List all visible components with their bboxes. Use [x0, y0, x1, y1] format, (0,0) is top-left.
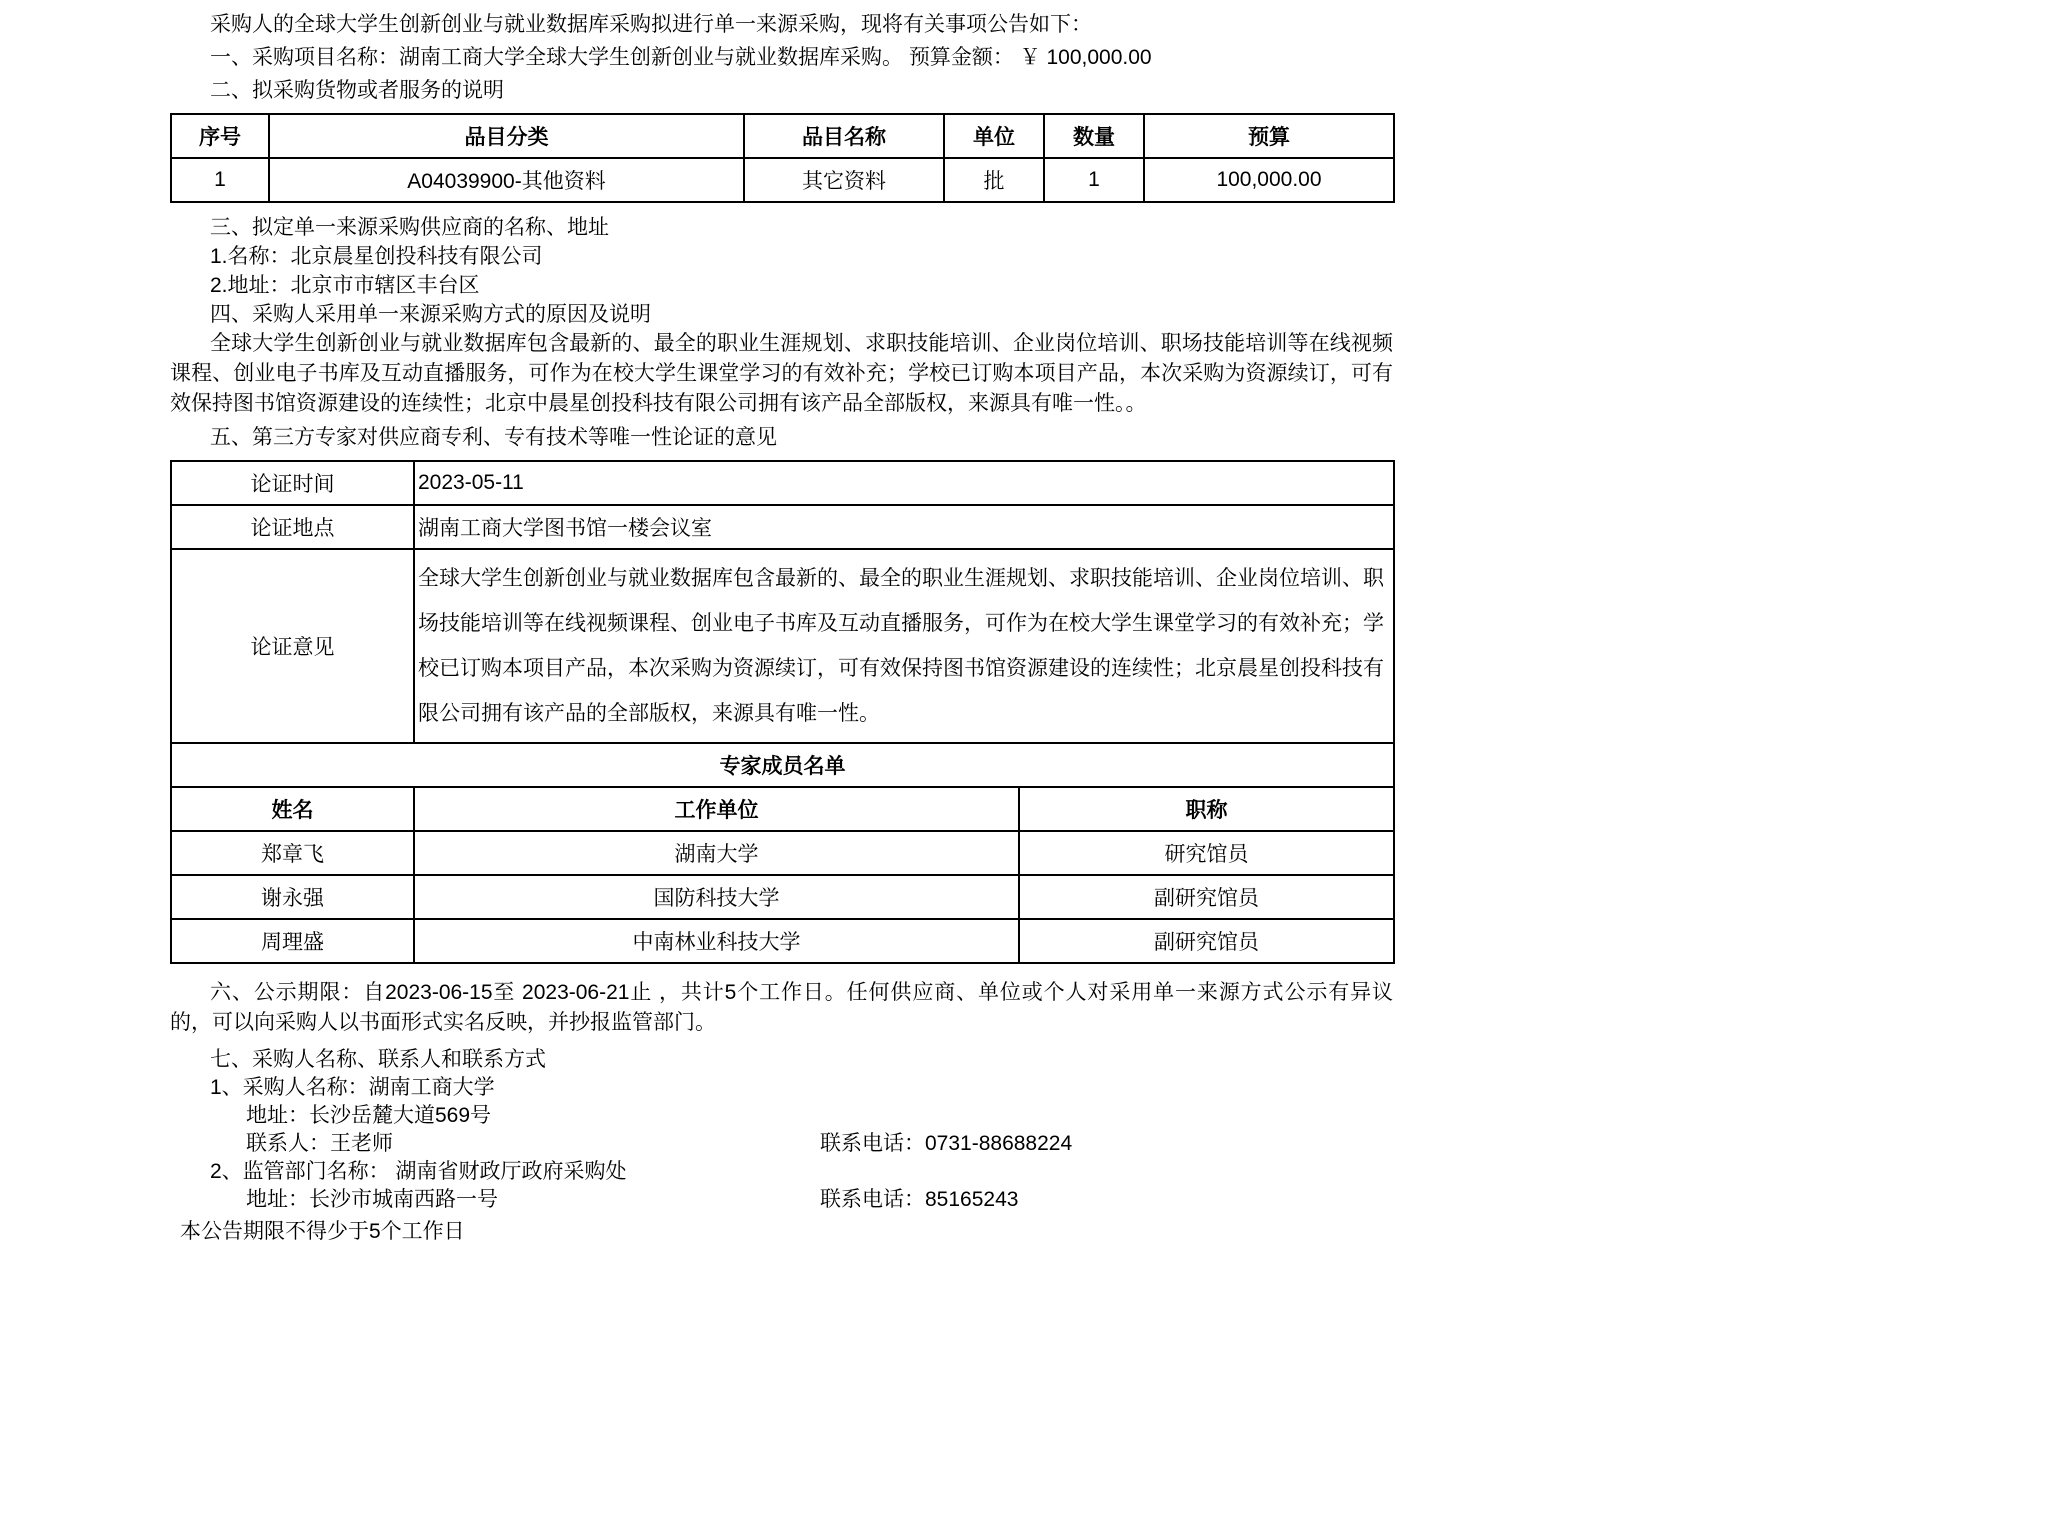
regulator-contact-row: 地址：长沙市城南西路一号 联系电话：85165243	[170, 1186, 1393, 1214]
expert-name: 谢永强	[171, 875, 414, 919]
purchaser-phone: 联系电话：0731-88688224	[820, 1130, 1072, 1158]
expert-title: 副研究馆员	[1019, 919, 1394, 963]
expert-org: 中南林业科技大学	[414, 919, 1019, 963]
intro-line: 采购人的全球大学生创新创业与就业数据库采购拟进行单一来源采购，现将有关事项公告如…	[170, 8, 1393, 41]
review-place-row: 论证地点 湖南工商大学图书馆一楼会议室	[171, 505, 1394, 549]
section-2-title: 二、拟采购货物或者服务的说明	[170, 74, 1393, 107]
regulator-name: 2、监管部门名称： 湖南省财政厅政府采购处	[170, 1158, 1393, 1186]
review-time-row: 论证时间 2023-05-11	[171, 461, 1394, 505]
experts-title: 专家成员名单	[171, 743, 1394, 787]
experts-table: 专家成员名单 姓名 工作单位 职称 郑章飞 湖南大学 研究馆员 谢永强 国防科技…	[170, 742, 1395, 964]
section-7-title: 七、采购人名称、联系人和联系方式	[170, 1046, 1393, 1074]
supplier-address: 2.地址：北京市市辖区丰台区	[170, 271, 1393, 300]
review-opinion-value: 全球大学生创新创业与就业数据库包含最新的、最全的职业生涯规划、求职技能培训、企业…	[414, 549, 1394, 743]
section-4-body: 全球大学生创新创业与就业数据库包含最新的、最全的职业生涯规划、求职技能培训、企业…	[170, 329, 1393, 419]
expert-name: 周理盛	[171, 919, 414, 963]
items-header-budget: 预算	[1144, 114, 1394, 158]
items-header-name: 品目名称	[744, 114, 944, 158]
purchaser-contact-row: 联系人：王老师 联系电话：0731-88688224	[170, 1130, 1393, 1158]
review-opinion-row: 论证意见 全球大学生创新创业与就业数据库包含最新的、最全的职业生涯规划、求职技能…	[171, 549, 1394, 743]
purchaser-name: 1、采购人名称：湖南工商大学	[170, 1074, 1393, 1102]
section-6-publicity-period: 六、公示期限：自2023-06-15至 2023-06-21止 ，共计5个工作日…	[170, 978, 1393, 1038]
items-table-header-row: 序号 品目分类 品目名称 单位 数量 预算	[171, 114, 1394, 158]
expert-title: 副研究馆员	[1019, 875, 1394, 919]
review-time-label: 论证时间	[171, 461, 414, 505]
items-header-category: 品目分类	[269, 114, 744, 158]
section-4-title: 四、采购人采用单一来源采购方式的原因及说明	[170, 300, 1393, 329]
announcement-document: 采购人的全球大学生创新创业与就业数据库采购拟进行单一来源采购，现将有关事项公告如…	[170, 0, 1393, 1246]
item-budget: 100,000.00	[1144, 158, 1394, 202]
items-header-unit: 单位	[944, 114, 1044, 158]
expert-review-table: 论证时间 2023-05-11 论证地点 湖南工商大学图书馆一楼会议室 论证意见…	[170, 460, 1395, 744]
regulator-address: 地址：长沙市城南西路一号	[246, 1186, 820, 1214]
experts-header-name: 姓名	[171, 787, 414, 831]
purchaser-contact: 联系人：王老师	[246, 1130, 820, 1158]
expert-org: 国防科技大学	[414, 875, 1019, 919]
items-header-qty: 数量	[1044, 114, 1144, 158]
experts-header-title: 职称	[1019, 787, 1394, 831]
section-1-project-name: 一、采购项目名称：湖南工商大学全球大学生创新创业与就业数据库采购。 预算金额： …	[170, 41, 1393, 74]
purchaser-address: 地址：长沙岳麓大道569号	[170, 1102, 1393, 1130]
supplier-name: 1.名称：北京晨星创投科技有限公司	[170, 242, 1393, 271]
review-place-value: 湖南工商大学图书馆一楼会议室	[414, 505, 1394, 549]
item-seq: 1	[171, 158, 269, 202]
items-header-seq: 序号	[171, 114, 269, 158]
experts-title-row: 专家成员名单	[171, 743, 1394, 787]
experts-header-org: 工作单位	[414, 787, 1019, 831]
experts-header-row: 姓名 工作单位 职称	[171, 787, 1394, 831]
review-place-label: 论证地点	[171, 505, 414, 549]
item-name: 其它资料	[744, 158, 944, 202]
expert-name: 郑章飞	[171, 831, 414, 875]
expert-row: 谢永强 国防科技大学 副研究馆员	[171, 875, 1394, 919]
items-table-row: 1 A04039900-其他资料 其它资料 批 1 100,000.00	[171, 158, 1394, 202]
expert-row: 郑章飞 湖南大学 研究馆员	[171, 831, 1394, 875]
review-opinion-label: 论证意见	[171, 549, 414, 743]
section-5-title: 五、第三方专家对供应商专利、专有技术等唯一性论证的意见	[170, 423, 1393, 452]
item-qty: 1	[1044, 158, 1144, 202]
regulator-phone: 联系电话：85165243	[820, 1186, 1018, 1214]
items-table: 序号 品目分类 品目名称 单位 数量 预算 1 A04039900-其他资料 其…	[170, 113, 1395, 203]
review-time-value: 2023-05-11	[414, 461, 1394, 505]
expert-title: 研究馆员	[1019, 831, 1394, 875]
item-category: A04039900-其他资料	[269, 158, 744, 202]
footer-note: 本公告期限不得少于5个工作日	[170, 1218, 1393, 1246]
expert-row: 周理盛 中南林业科技大学 副研究馆员	[171, 919, 1394, 963]
item-unit: 批	[944, 158, 1044, 202]
expert-org: 湖南大学	[414, 831, 1019, 875]
section-3-title: 三、拟定单一来源采购供应商的名称、地址	[170, 213, 1393, 242]
